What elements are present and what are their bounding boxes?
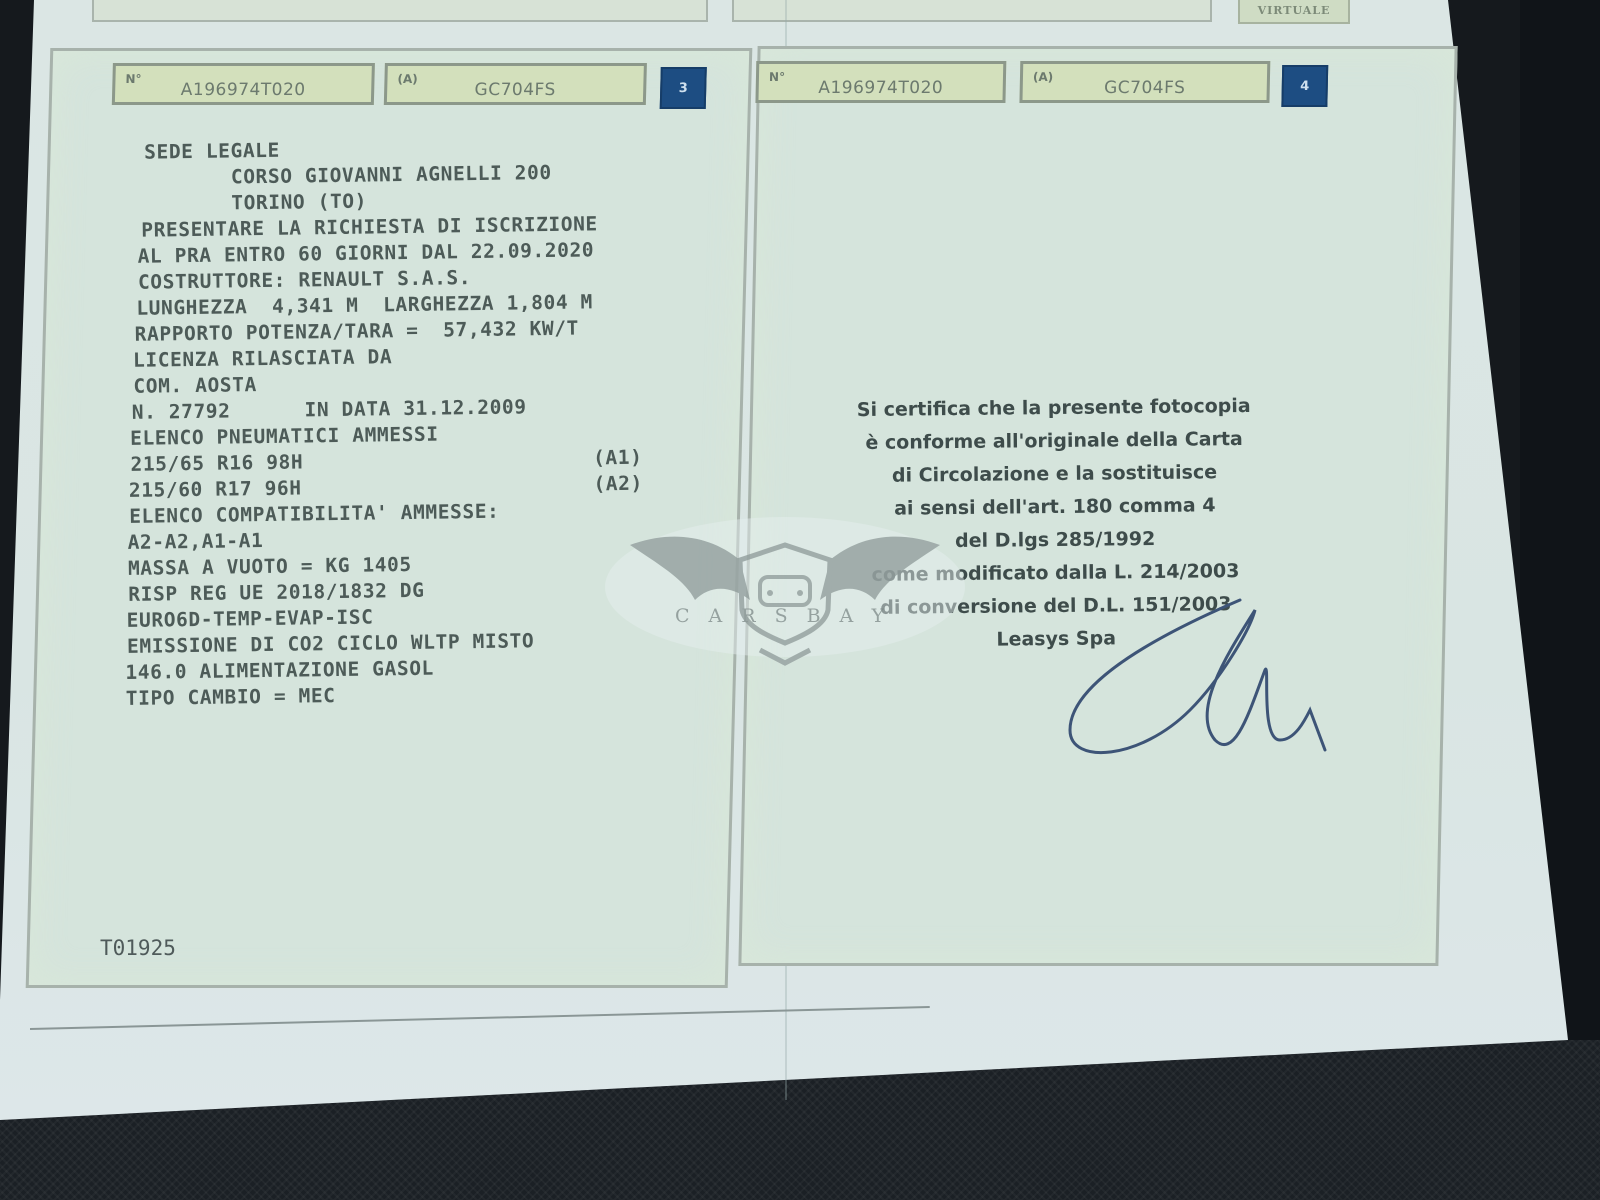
top-panel-remnant-left [92, 0, 708, 22]
page-badge: 4 [1281, 65, 1328, 107]
registration-number-box: N° A196974T020 [112, 63, 375, 105]
registration-number: A196974T020 [115, 80, 372, 100]
plate-number: GC704FS [1023, 78, 1267, 98]
cert-line: è conforme all'originale della Carta [829, 423, 1279, 461]
carsbay-watermark: CARSBAY [600, 505, 970, 670]
tyre-code: (A1) [593, 445, 643, 472]
plate-number: GC704FS [387, 80, 644, 100]
tyre-size: 215/65 R16 98H [130, 449, 303, 477]
virtual-tag: VIRTUALE [1238, 0, 1350, 24]
registration-number-box: N° A196974T020 [755, 61, 1006, 103]
plate-box: (A) GC704FS [1019, 61, 1270, 103]
top-panel-remnant-right [732, 0, 1212, 22]
car-shield-bat-wings-icon [600, 505, 970, 670]
card-footer-code: T01925 [100, 936, 176, 960]
card-header: N° A196974T020 (A) GC704FS 4 [755, 61, 1434, 107]
page-badge: 3 [660, 67, 707, 109]
card-header: N° A196974T020 (A) GC704FS 3 [112, 63, 729, 109]
signature-icon [1050, 590, 1350, 770]
tyre-size: 215/60 R17 96H [129, 475, 302, 503]
plate-box: (A) GC704FS [384, 63, 647, 105]
cert-line: Si certifica che la presente fotocopia [829, 390, 1279, 428]
cert-line: di Circolazione e la sostituisce [829, 456, 1279, 494]
watermark-text: CARSBAY [675, 605, 905, 627]
tyre-code: (A2) [593, 471, 643, 498]
registration-number: A196974T020 [759, 78, 1003, 98]
